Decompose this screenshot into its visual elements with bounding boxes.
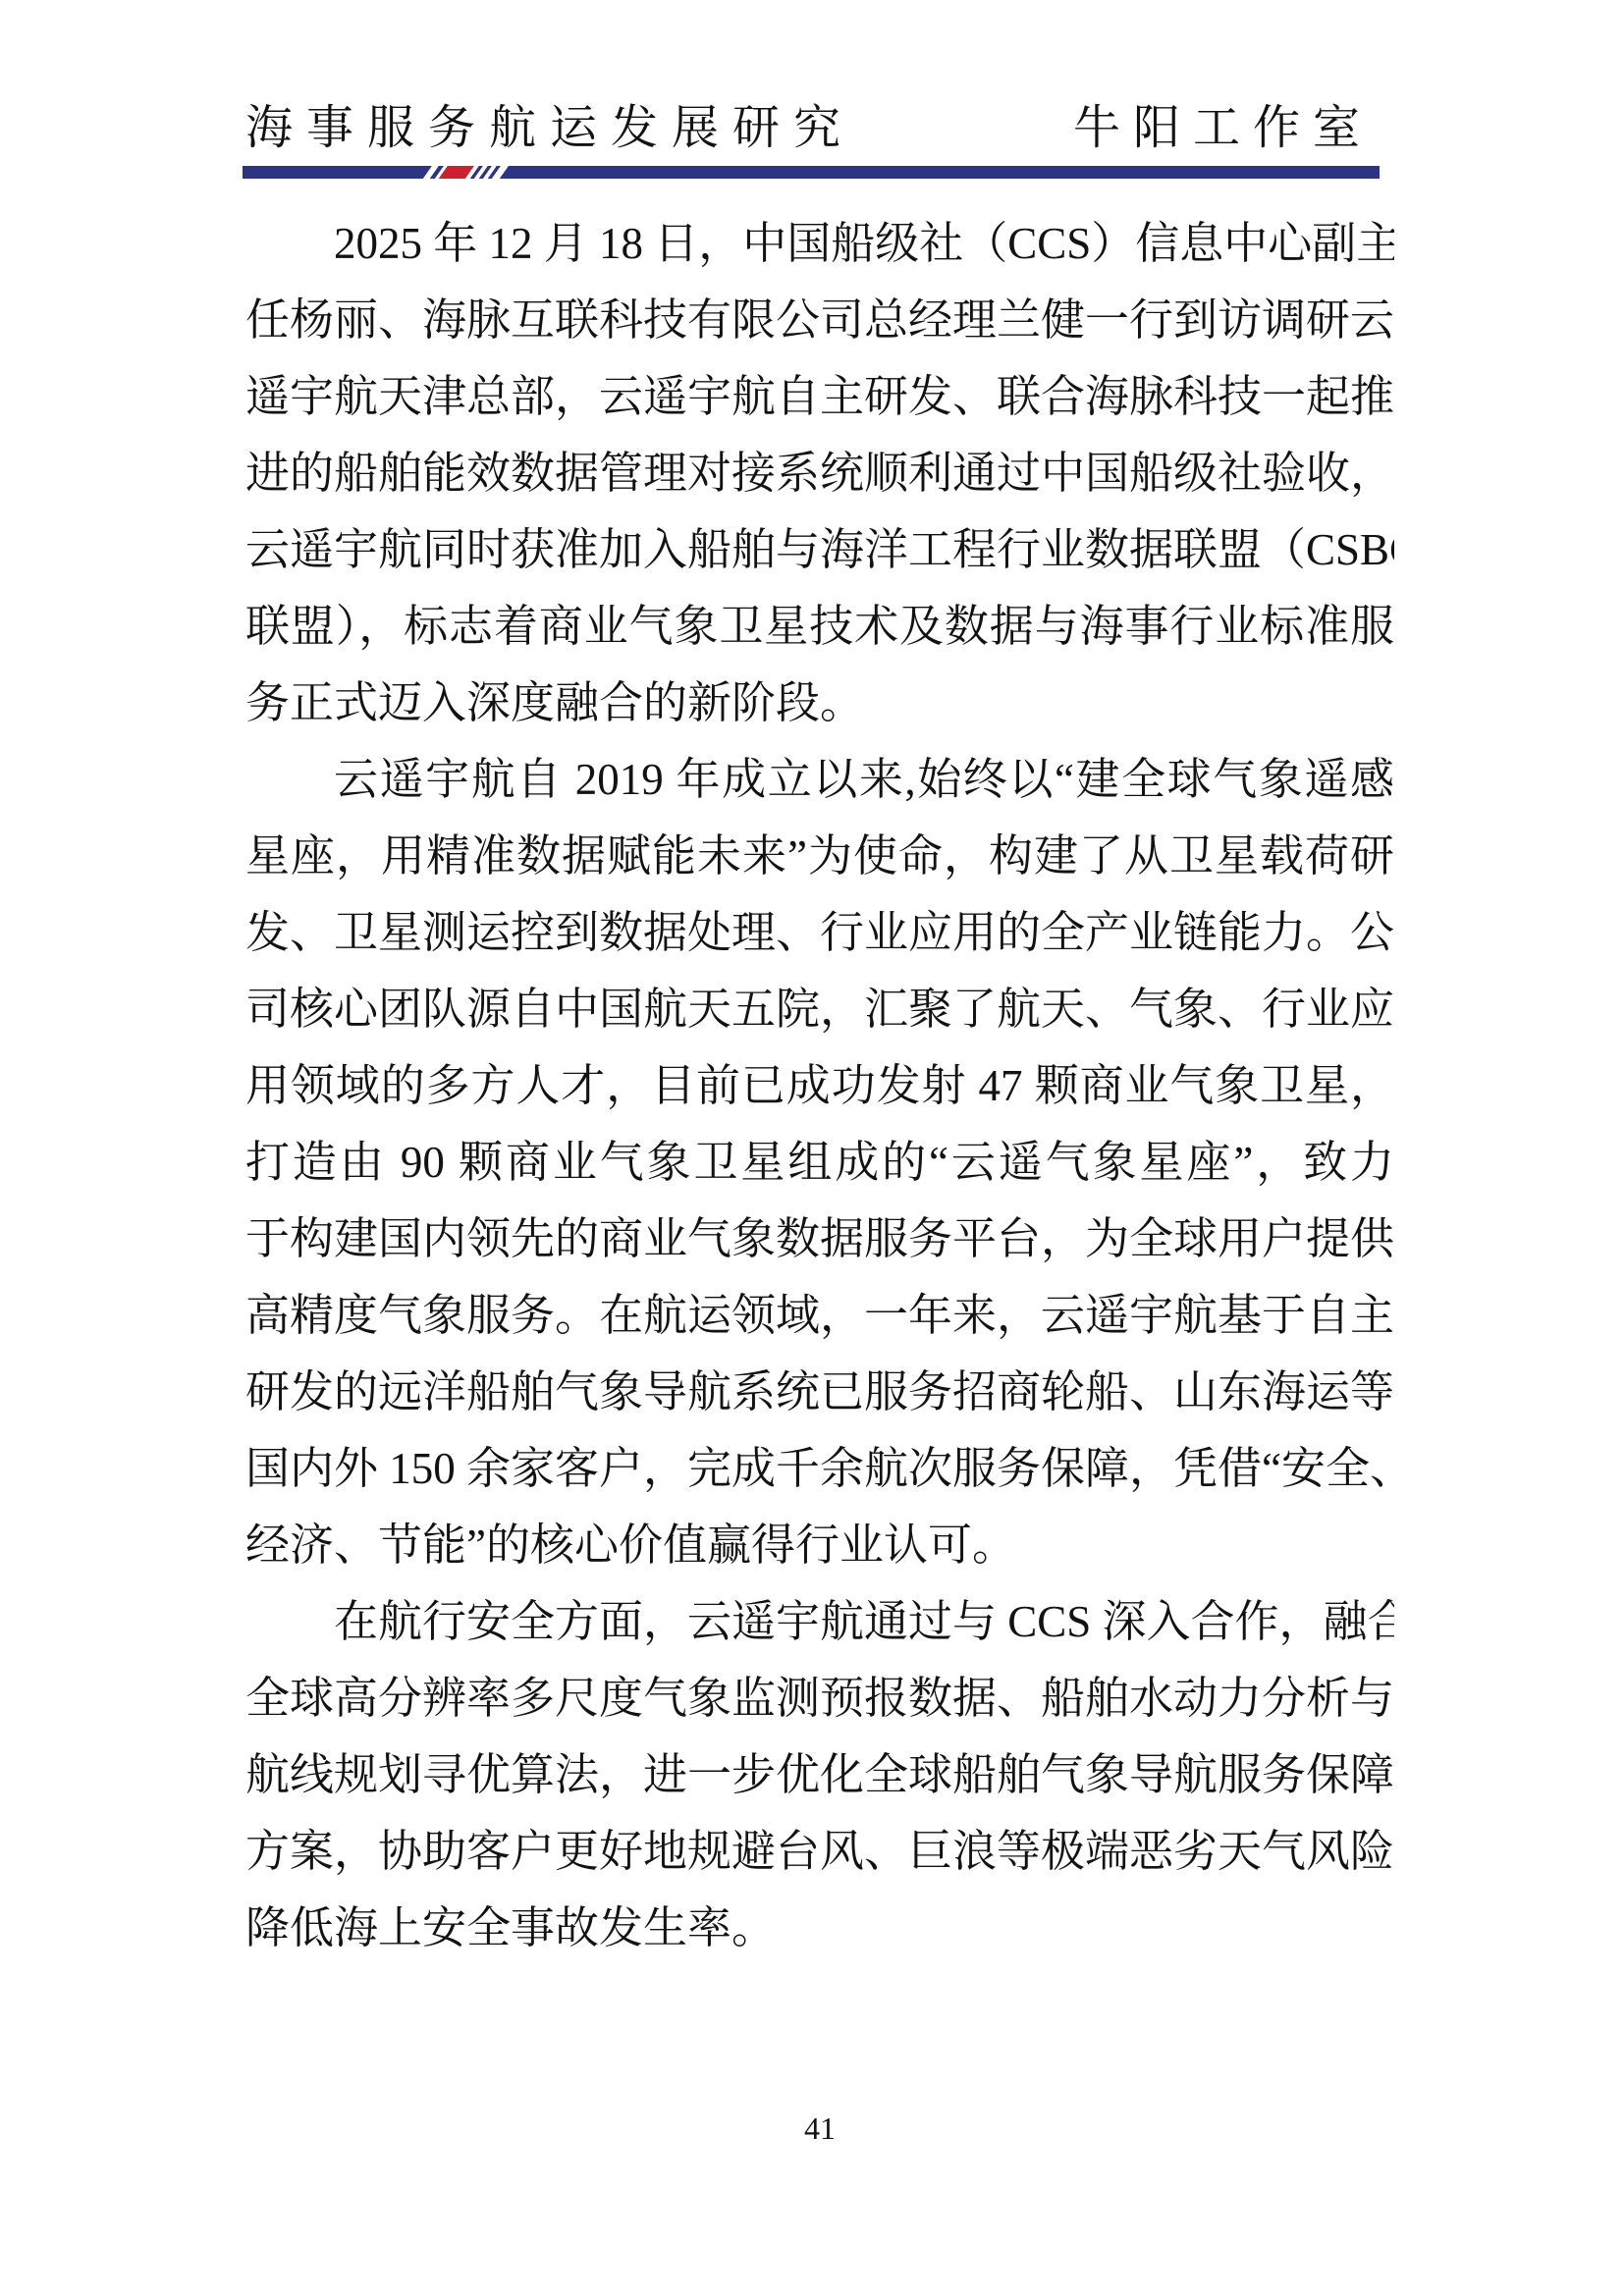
text-line: 研发的远洋船舶气象导航系统已服务招商轮船、山东海运等: [245, 1354, 1394, 1430]
text-line: 司核心团队源自中国航天五院，汇聚了航天、气象、行业应: [245, 971, 1394, 1047]
text-line: 联盟），标志着商业气象卫星技术及数据与海事行业标准服: [245, 588, 1394, 665]
text-line: 遥宇航天津总部，云遥宇航自主研发、联合海脉科技一起推: [245, 358, 1394, 435]
text-line: 发、卫星测运控到数据处理、行业应用的全产业链能力。公: [245, 894, 1394, 971]
header-right-title: 牛阳工作室: [1073, 102, 1373, 153]
text-line: 方案，协助客户更好地规避台风、巨浪等极端恶劣天气风险，: [245, 1813, 1394, 1890]
text-line: 于构建国内领先的商业气象数据服务平台，为全球用户提供: [245, 1201, 1394, 1277]
text-line: 降低海上安全事故发生率。: [245, 1890, 1394, 1966]
text-line: 全球高分辨率多尺度气象监测预报数据、船舶水动力分析与: [245, 1660, 1394, 1736]
text-line: 云遥宇航自 2019 年成立以来,始终以“建全球气象遥感: [245, 741, 1394, 818]
text-line: 任杨丽、海脉互联科技有限公司总经理兰健一行到访调研云: [245, 282, 1394, 358]
text-line: 高精度气象服务。在航运领域，一年来，云遥宇航基于自主: [245, 1277, 1394, 1354]
page-header: 海事服务航运发展研究 牛阳工作室: [245, 0, 1394, 153]
text-line: 云遥宇航同时获准加入船舶与海洋工程行业数据联盟（CSBC: [245, 511, 1394, 588]
text-line: 航线规划寻优算法，进一步优化全球船舶气象导航服务保障: [245, 1736, 1394, 1813]
document-body: 2025 年 12 月 18 日，中国船级社（CCS）信息中心副主任杨丽、海脉互…: [245, 205, 1394, 1966]
page-footer: 41: [245, 2109, 1394, 2148]
header-rule: [243, 166, 1380, 179]
document-page: 海事服务航运发展研究 牛阳工作室 2025 年 12 月 18 日，中国船级社（…: [0, 0, 1624, 2296]
header-left-title: 海事服务航运发展研究: [245, 102, 854, 153]
text-line: 2025 年 12 月 18 日，中国船级社（CCS）信息中心副主: [245, 205, 1394, 282]
page-content: 海事服务航运发展研究 牛阳工作室 2025 年 12 月 18 日，中国船级社（…: [245, 0, 1394, 1966]
page-number: 41: [804, 2110, 836, 2146]
text-line: 用领域的多方人才，目前已成功发射 47 颗商业气象卫星，: [245, 1047, 1394, 1124]
text-line: 国内外 150 余家客户，完成千余航次服务保障，凭借“安全、: [245, 1430, 1394, 1507]
text-line: 务正式迈入深度融合的新阶段。: [245, 665, 1394, 741]
text-line: 星座，用精准数据赋能未来”为使命，构建了从卫星载荷研: [245, 818, 1394, 894]
text-line: 经济、节能”的核心价值赢得行业认可。: [245, 1507, 1394, 1583]
text-line: 在航行安全方面，云遥宇航通过与 CCS 深入合作，融合: [245, 1583, 1394, 1660]
text-line: 进的船舶能效数据管理对接系统顺利通过中国船级社验收，: [245, 435, 1394, 511]
text-line: 打造由 90 颗商业气象卫星组成的“云遥气象星座”，致力: [245, 1124, 1394, 1201]
